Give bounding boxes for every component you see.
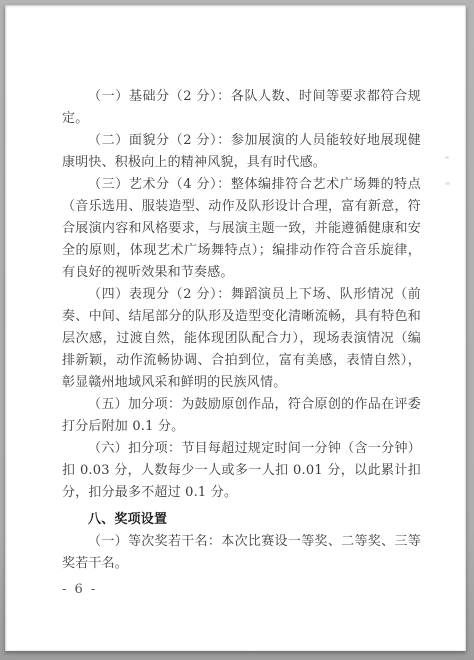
document-paragraph: （一）等次奖若干名：本次比赛设一等奖、二等奖、三等奖若干名。 bbox=[62, 531, 421, 575]
document-paragraph: （五）加分项：为鼓励原创作品，符合原创的作品在评委打分后附加 0.1 分。 bbox=[62, 394, 421, 438]
document-paragraph: （三）艺术分（4 分）：整体编排符合艺术广场舞的特点（音乐选用、服装造型、动作及… bbox=[62, 174, 421, 284]
document-page: （一）基础分（2 分）：各队人数、时间等要求都符合规定。（二）面貌分（2 分）：… bbox=[5, 5, 466, 651]
document-paragraph: （一）基础分（2 分）：各队人数、时间等要求都符合规定。 bbox=[62, 86, 421, 130]
scan-artifact bbox=[445, 182, 450, 185]
section-heading: 八、奖项设置 bbox=[62, 509, 421, 531]
document-paragraph: （六）扣分项：节目每超过规定时间一分钟（含一分钟）扣 0.03 分，人数每少一人… bbox=[62, 438, 421, 504]
document-paragraph: （二）面貌分（2 分）：参加展演的人员能较好地展现健康明快、积极向上的精神风貌，… bbox=[62, 130, 421, 174]
scanned-page-background: { "surface": { "background_color": "#aea… bbox=[0, 0, 474, 660]
scan-artifact bbox=[445, 156, 449, 159]
document-paragraph: （四）表现分（2 分）：舞蹈演员上下场、队形情况（前奏、中间、结尾部分的队形及造… bbox=[62, 284, 421, 394]
page-number: - 6 - bbox=[62, 581, 97, 599]
document-body: （一）基础分（2 分）：各队人数、时间等要求都符合规定。（二）面貌分（2 分）：… bbox=[62, 86, 421, 575]
